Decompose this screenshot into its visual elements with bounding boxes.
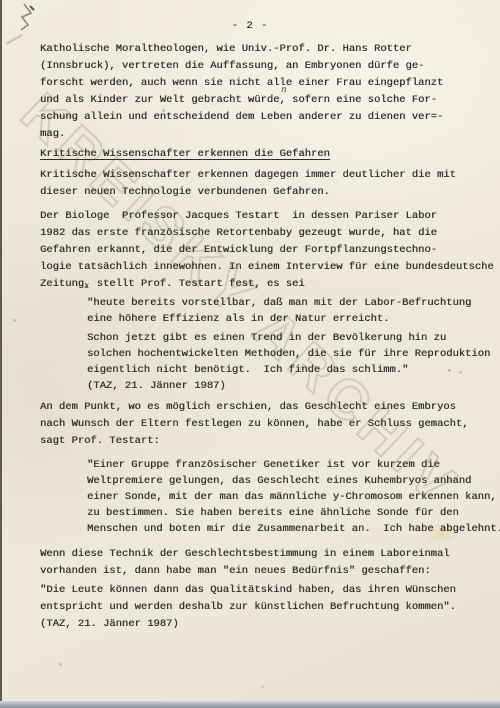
text-line: nach Wunsch der Eltern festlegen zu könn… — [40, 416, 500, 433]
text-line: "Einer Gruppe französischer Genetiker is… — [87, 457, 500, 473]
text-line: eigentlich nicht benötigt. Ich finde das… — [87, 362, 500, 378]
paragraph-moraltheologen: Katholische Moraltheologen, wie Univ.-Pr… — [40, 41, 500, 143]
document-body: Katholische Moraltheologen, wie Univ.-Pr… — [0, 0, 500, 633]
text-line: logie tatsächlich innewohnen. In einem I… — [40, 259, 500, 276]
text-line: mag. — [40, 126, 500, 143]
text-line: Schon jetzt gibt es einen Trend in der B… — [87, 330, 500, 346]
scan-edge-bottom — [0, 701, 500, 708]
paragraph-geschlechtsbestimmung: Wenn diese Technik der Geschlechtsbestim… — [40, 546, 500, 580]
text-line: Der Biologe Professor Jacques Testart in… — [40, 208, 500, 225]
text-line: Weltpremiere gelungen, das Geschlecht ei… — [87, 473, 500, 489]
blockquote-trend-bevoelkerung: Schon jetzt gibt es einen Trend in der B… — [40, 330, 500, 378]
text-line: 1982 das erste französische Retortenbaby… — [40, 225, 500, 242]
text-line: eine höhere Effizienz als in der Natur e… — [87, 311, 500, 327]
scan-edge-left — [0, 0, 2, 708]
text-line: Gefahren erkannt, die der Entwicklung de… — [40, 242, 500, 259]
text-line: "heute bereits vorstellbar, daß man mit … — [87, 295, 500, 311]
text-line: Wenn diese Technik der Geschlechtsbestim… — [40, 546, 500, 563]
paragraph-kritische-wissenschafter: Kritische Wissenschafter erkennen dagege… — [40, 167, 500, 201]
citation-taz-1: (TAZ, 21. Jänner 1987) — [40, 378, 500, 394]
text-line: forscht werden, auch wenn sie nicht alle… — [40, 75, 500, 92]
paragraph-qualitaetskind: "Die Leute können dann das Qualitätskind… — [40, 582, 500, 633]
text-line: entspricht und werden deshalb zur künstl… — [40, 599, 500, 616]
text-line: sagt Prof. Testart: — [40, 433, 500, 450]
text-line: Menschen und boten mir die Zusammenarbei… — [87, 521, 500, 537]
blockquote-labor-befruchtung: "heute bereits vorstellbar, daß man mit … — [40, 295, 500, 327]
text-line: schung allein und entscheidend dem Leben… — [40, 109, 500, 126]
text-line: zu bestimmen. Sie haben bereits eine ähn… — [87, 505, 500, 521]
section-heading: Kritische Wissenschafter erkennen die Ge… — [40, 146, 500, 163]
citation-text: (TAZ, 21. Jänner 1987) — [40, 616, 500, 633]
text-line: vorhanden ist, dann habe man "ein neues … — [40, 563, 500, 580]
handwritten-insertion-x: x — [84, 281, 89, 291]
text-line: "Die Leute können dann das Qualitätskind… — [40, 582, 500, 599]
text-line: Kritische Wissenschafter erkennen dagege… — [40, 167, 500, 184]
section-heading-text: Kritische Wissenschafter erkennen die Ge… — [40, 146, 500, 163]
citation-text: (TAZ, 21. Jänner 1987) — [87, 378, 500, 394]
blockquote-genetiker-weltpremiere: "Einer Gruppe französischer Genetiker is… — [40, 457, 500, 537]
text-line: Katholische Moraltheologen, wie Univ.-Pr… — [40, 41, 500, 58]
text-line: und als Kinder zur Welt gebracht würde, … — [40, 92, 500, 109]
text-line: solchen hochentwickelten Methoden, die s… — [87, 346, 500, 362]
text-line: einer Sonde, mit der man das männliche y… — [87, 489, 500, 505]
handwritten-insertion-n: n — [280, 85, 287, 96]
paragraph-testart-intro: Der Biologe Professor Jacques Testart in… — [40, 208, 500, 293]
paragraph-geschlecht-embryo: An dem Punkt, wo es möglich erschien, da… — [40, 399, 500, 450]
text-line: (Innsbruck), vertreten die Auffassung, a… — [40, 58, 500, 75]
text-line: An dem Punkt, wo es möglich erschien, da… — [40, 399, 500, 416]
text-line: dieser neuen Technologie verbundenen Gef… — [40, 184, 500, 201]
scanned-document-page: KREISKY ARCHIV - 2 - n x Katholische Mor… — [0, 0, 500, 708]
text-line: Zeitung, stellt Prof. Testart fest, es s… — [40, 276, 500, 293]
